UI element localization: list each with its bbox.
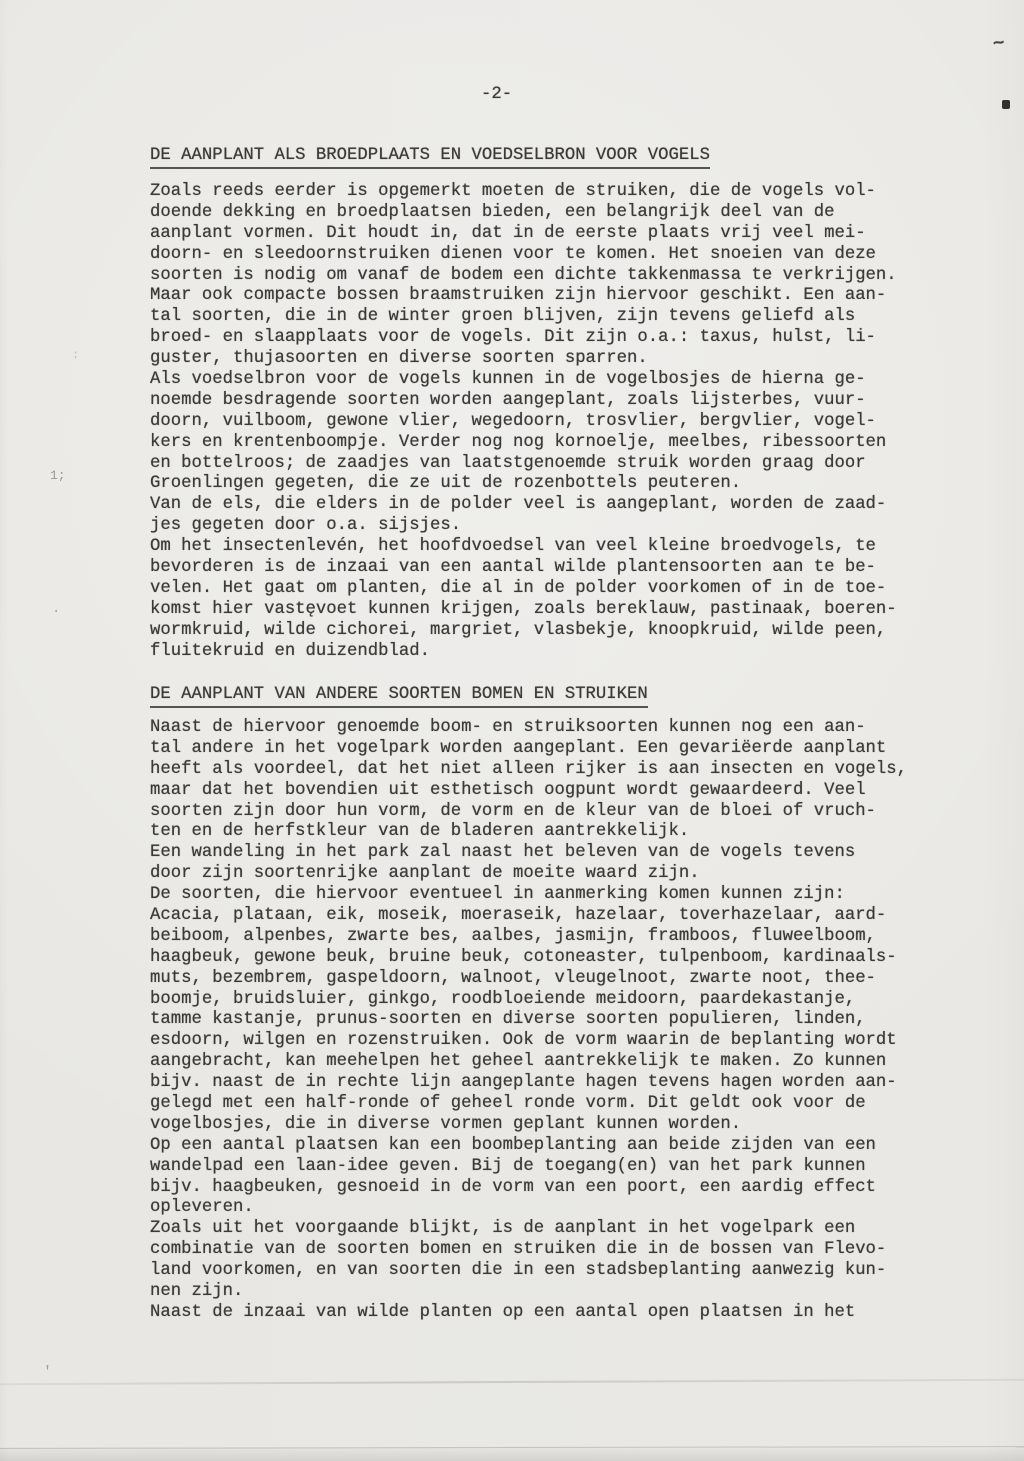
text-line: komst hier vastęvoet kunnen krijgen, zoa… (150, 600, 950, 621)
text-line: noemde besdragende soorten worden aangep… (150, 391, 950, 412)
paper-crease-line (0, 1446, 1024, 1449)
scan-edge-shadow (0, 1448, 1024, 1461)
text-line: tamme kastanje, prunus-soorten en divers… (150, 1010, 950, 1031)
text-line: broed- en slaapplaats voor de vogels. Di… (150, 328, 950, 349)
text-line: doorn- en sleedoornstruiken dienen voor … (150, 245, 950, 266)
text-line: haagbeuk, gewone beuk, bruine beuk, coto… (150, 948, 950, 969)
section-heading: DE AANPLANT ALS BROEDPLAATS EN VOEDSELBR… (150, 145, 710, 169)
text-line: wormkruid, wilde cichorei, margriet, vla… (150, 621, 950, 642)
paper-crease-line (0, 1379, 1024, 1385)
text-line: Groenlingen gegeten, die ze uit de rozen… (150, 474, 950, 495)
text-line: en bottelroos; de zaadjes van laatstgeno… (150, 454, 950, 475)
ink-speck (1002, 100, 1010, 109)
text-line: tal andere in het vogelpark worden aange… (150, 739, 950, 760)
scanned-document-page: -2- DE AANPLANT ALS BROEDPLAATS EN VOEDS… (0, 0, 1024, 1461)
text-line: wandelpad een laan-idee geven. Bij de to… (150, 1157, 950, 1178)
text-line: Zoals uit het voorgaande blijkt, is de a… (150, 1219, 950, 1240)
text-line: Een wandeling in het park zal naast het … (150, 843, 950, 864)
text-line: ten en de herfstkleur van de bladeren aa… (150, 822, 950, 843)
text-line: Van de els, die elders in de polder veel… (150, 495, 950, 516)
text-line: guster, thujasoorten en diverse soorten … (150, 349, 950, 370)
text-line: beiboom, alpenbes, zwarte bes, aalbes, j… (150, 927, 950, 948)
text-line: esdoorn, wilgen en rozenstruiken. Ook de… (150, 1031, 950, 1052)
text-line: Om het insectenlevén, het hoofdvoedsel v… (150, 537, 950, 558)
text-line: doorn, vuilboom, gewone vlier, wegedoorn… (150, 412, 950, 433)
margin-faint-mark: : (72, 348, 79, 362)
text-line: combinatie van de soorten bomen en strui… (150, 1240, 950, 1261)
text-line: velen. Het gaat om planten, die al in de… (150, 579, 950, 600)
text-line: aanplant vormen. Dit houdt in, dat in de… (150, 224, 950, 245)
text-line: soorten zijn door hun vorm, de vorm en d… (150, 802, 950, 823)
text-line: door zijn soortenrijke aanplant de moeit… (150, 864, 950, 885)
text-line: aangebracht, kan meehelpen het geheel aa… (150, 1052, 950, 1073)
text-line: kers en krentenboompje. Verder nog nog k… (150, 433, 950, 454)
text-line: opleveren. (150, 1198, 950, 1219)
text-line: land voorkomen, en van soorten die in ee… (150, 1261, 950, 1282)
text-line: jes gegeten door o.a. sijsjes. (150, 516, 950, 537)
text-line: soorten is nodig om vanaf de bodem een d… (150, 266, 950, 287)
section-andere-soorten: DE AANPLANT VAN ANDERE SOORTEN BOMEN EN … (150, 684, 950, 1324)
text-line: heeft als voordeel, dat het niet alleen … (150, 760, 950, 781)
text-line: bijv. haagbeuken, gesnoeid in de vorm va… (150, 1178, 950, 1199)
text-line: tal soorten, die in de winter groen blij… (150, 307, 950, 328)
text-line: boomje, bruidsluier, ginkgo, roodbloeien… (150, 990, 950, 1011)
text-line: Als voedselbron voor de vogels kunnen in… (150, 370, 950, 391)
text-line: bevorderen is de inzaai van een aantal w… (150, 558, 950, 579)
text-line: gelegd met een half-ronde of geheel rond… (150, 1094, 950, 1115)
section-heading: DE AANPLANT VAN ANDERE SOORTEN BOMEN EN … (150, 684, 648, 708)
text-line: maar dat het bovendien uit esthetisch oo… (150, 781, 950, 802)
text-line: Naast de inzaai van wilde planten op een… (150, 1303, 950, 1324)
text-line: Op een aantal plaatsen kan een boombepla… (150, 1136, 950, 1157)
text-line: muts, bezembrem, gaspeldoorn, walnoot, v… (150, 969, 950, 990)
text-line: Naast de hiervoor genoemde boom- en stru… (150, 718, 950, 739)
margin-apostrophe-speck: ' (43, 1364, 52, 1381)
paragraph-block: Naast de hiervoor genoemde boom- en stru… (150, 718, 950, 1324)
text-line: doende dekking en broedplaatsen bieden, … (150, 203, 950, 224)
text-line: fluitekruid en duizendblad. (150, 642, 950, 663)
text-line: Maar ook compacte bossen braamstruiken z… (150, 286, 950, 307)
scan-squiggle-mark: ~ (991, 32, 1007, 57)
margin-pencil-mark: 1; (50, 468, 66, 483)
text-line: bijv. naast de in rechte lijn aangeplant… (150, 1073, 950, 1094)
section-broedplaats-en-voedselbron: DE AANPLANT ALS BROEDPLAATS EN VOEDSELBR… (150, 145, 950, 662)
page-number: -2- (481, 84, 512, 105)
text-line: vogelbosjes, die in diverse vormen gepla… (150, 1115, 950, 1136)
text-line: De soorten, die hiervoor eventueel in aa… (150, 885, 950, 906)
text-line: Acacia, plataan, eik, moseik, moeraseik,… (150, 906, 950, 927)
text-line: nen zijn. (150, 1282, 950, 1303)
margin-dot-speck: · (52, 604, 60, 620)
text-line: Zoals reeds eerder is opgemerkt moeten d… (150, 182, 950, 203)
paragraph-block: Zoals reeds eerder is opgemerkt moeten d… (150, 182, 950, 662)
